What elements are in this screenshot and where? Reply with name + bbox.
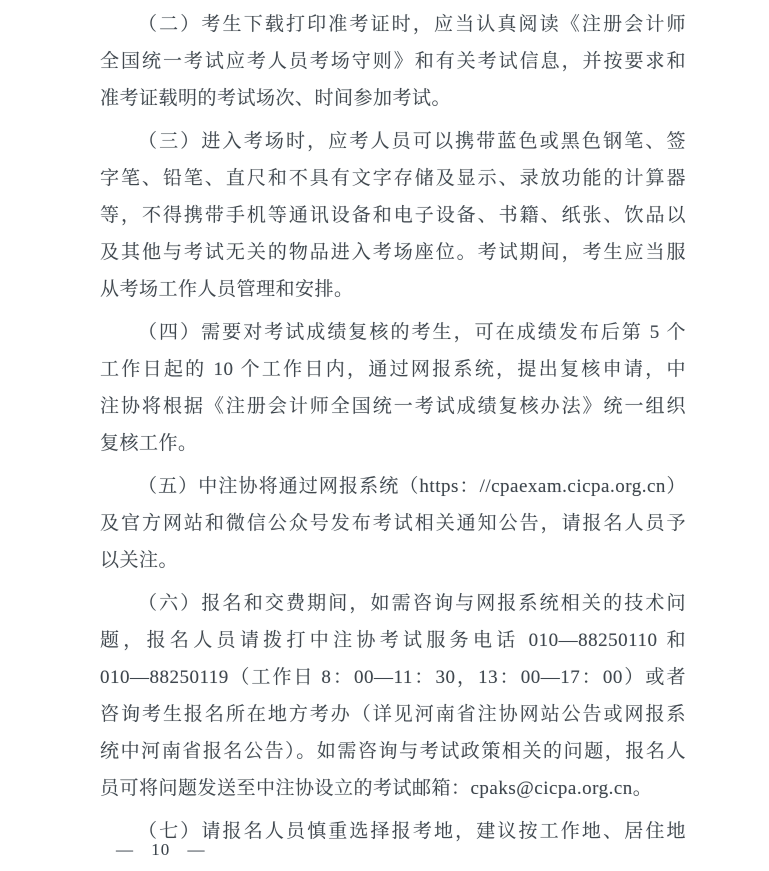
text-line: 注协将根据《注册会计师全国统一考试成绩复核办法》统一组织	[100, 388, 686, 425]
text-line: （二）考生下载打印准考证时，应当认真阅读《注册会计师	[100, 6, 686, 43]
paragraph: （四）需要对考试成绩复核的考生，可在成绩发布后第 5 个工作日起的 10 个工作…	[100, 314, 686, 462]
text-line: 工作日起的 10 个工作日内，通过网报系统，提出复核申请，中	[100, 351, 686, 388]
text-line: （四）需要对考试成绩复核的考生，可在成绩发布后第 5 个	[100, 314, 686, 351]
paragraph: （二）考生下载打印准考证时，应当认真阅读《注册会计师全国统一考试应考人员考场守则…	[100, 6, 686, 117]
paragraph: （三）进入考场时，应考人员可以携带蓝色或黑色钢笔、签字笔、铅笔、直尺和不具有文字…	[100, 123, 686, 308]
text-line: 咨询考生报名所在地方考办（详见河南省注协网站公告或网报系	[100, 696, 686, 733]
text-line: 从考场工作人员管理和安排。	[100, 271, 686, 308]
text-line: 字笔、铅笔、直尺和不具有文字存储及显示、录放功能的计算器	[100, 160, 686, 197]
text-line: 员可将问题发送至中注协设立的考试邮箱：cpaks@cicpa.org.cn。	[100, 770, 686, 807]
document-page: （二）考生下载打印准考证时，应当认真阅读《注册会计师全国统一考试应考人员考场守则…	[0, 0, 769, 871]
text-line: 题，报名人员请拨打中注协考试服务电话 010—88250110 和	[100, 622, 686, 659]
text-line: 010—88250119（工作日 8：00—11：30，13：00—17：00）…	[100, 659, 686, 696]
paragraph: （五）中注协将通过网报系统（https：//cpaexam.cicpa.org.…	[100, 468, 686, 579]
page-number: — 10 —	[116, 840, 206, 860]
text-line: （三）进入考场时，应考人员可以携带蓝色或黑色钢笔、签	[100, 123, 686, 160]
text-line: 统中河南省报名公告）。如需咨询与考试政策相关的问题，报名人	[100, 733, 686, 770]
text-line: 以关注。	[100, 542, 686, 579]
document-body: （二）考生下载打印准考证时，应当认真阅读《注册会计师全国统一考试应考人员考场守则…	[100, 6, 686, 856]
text-line: 及其他与考试无关的物品进入考场座位。考试期间，考生应当服	[100, 234, 686, 271]
paragraph: （六）报名和交费期间，如需咨询与网报系统相关的技术问题，报名人员请拨打中注协考试…	[100, 585, 686, 807]
text-line: 复核工作。	[100, 425, 686, 462]
text-line: 全国统一考试应考人员考场守则》和有关考试信息，并按要求和	[100, 43, 686, 80]
text-line: 准考证载明的考试场次、时间参加考试。	[100, 80, 686, 117]
text-line: （六）报名和交费期间，如需咨询与网报系统相关的技术问	[100, 585, 686, 622]
text-line: （五）中注协将通过网报系统（https：//cpaexam.cicpa.org.…	[100, 468, 686, 505]
text-line: 等，不得携带手机等通讯设备和电子设备、书籍、纸张、饮品以	[100, 197, 686, 234]
text-line: 及官方网站和微信公众号发布考试相关通知公告，请报名人员予	[100, 505, 686, 542]
